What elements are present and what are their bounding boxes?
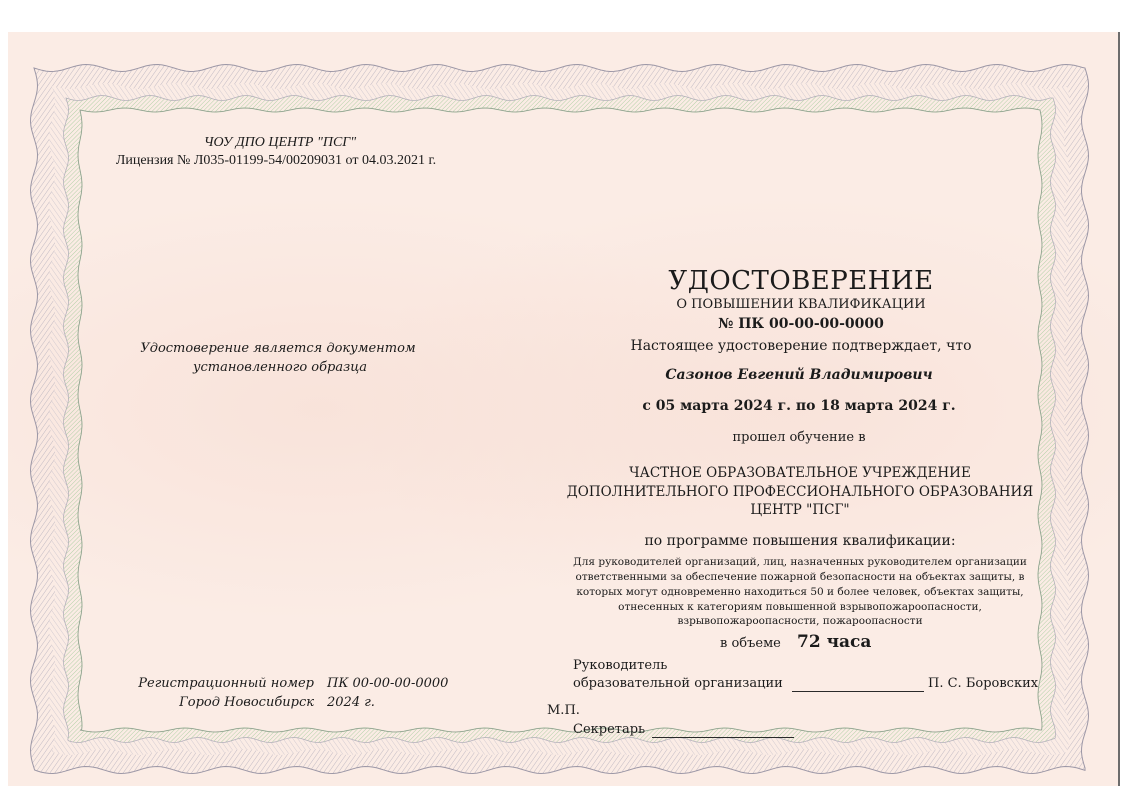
program-line-4: отнесенных к категориям повышенной взрыв… [618,601,982,613]
certificate-title: УДОСТОВЕРЕНИЕ [668,266,933,296]
head-label-line-2: образовательной организации [573,676,783,691]
license-number: Лицензия № Л035-01199-54/00209031 от 04.… [116,153,436,169]
head-signature-line [792,691,924,692]
certificate-number: № ПК 00-00-00-0000 [718,316,884,332]
head-label-line-1: Руководитель [573,658,667,673]
org-short-name: ЧОУ ДПО ЦЕНТР "ПСГ" [204,135,356,151]
city-label: Город Новосибирск [179,695,314,710]
program-line-1: Для руководителей организаций, лиц, назн… [573,556,1027,568]
head-name: П. С. Боровских [928,676,1038,691]
program-line-2: ответственными за обеспечение пожарной б… [576,571,1025,583]
seal-label: М.П. [547,703,580,718]
certificate-subtitle: О ПОВЫШЕНИИ КВАЛИФИКАЦИИ [676,297,925,312]
secretary-signature-line [652,737,794,738]
statement-line-2: установленного образца [193,360,367,375]
institution-line-2: ДОПОЛНИТЕЛЬНОГО ПРОФЕССИОНАЛЬНОГО ОБРАЗО… [567,484,1033,500]
institution-line-1: ЧАСТНОЕ ОБРАЗОВАТЕЛЬНОЕ УЧРЕЖДЕНИЕ [629,465,971,481]
holder-name: Сазонов Евгений Владимирович [665,367,932,383]
year-value: 2024 г. [327,695,375,710]
volume-value: 72 часа [797,632,871,652]
institution-line-3: ЦЕНТР "ПСГ" [750,502,849,518]
reg-number-label: Регистрационный номер [138,676,314,691]
program-label: по программе повышения квалификации: [644,533,955,549]
volume-label: в объеме [720,636,781,651]
statement-line-1: Удостоверение является документом [140,341,415,356]
reg-number-value: ПК 00-00-00-0000 [327,676,448,691]
study-period: с 05 марта 2024 г. по 18 марта 2024 г. [642,398,955,414]
program-line-3: которых могут одновременно находиться 50… [576,586,1023,598]
program-line-5: взрывопожароопасности, пожароопасности [677,615,922,627]
confirms-text: Настоящее удостоверение подтверждает, чт… [630,338,971,354]
completed-text: прошел обучение в [732,430,865,445]
secretary-label: Секретарь [573,722,645,737]
